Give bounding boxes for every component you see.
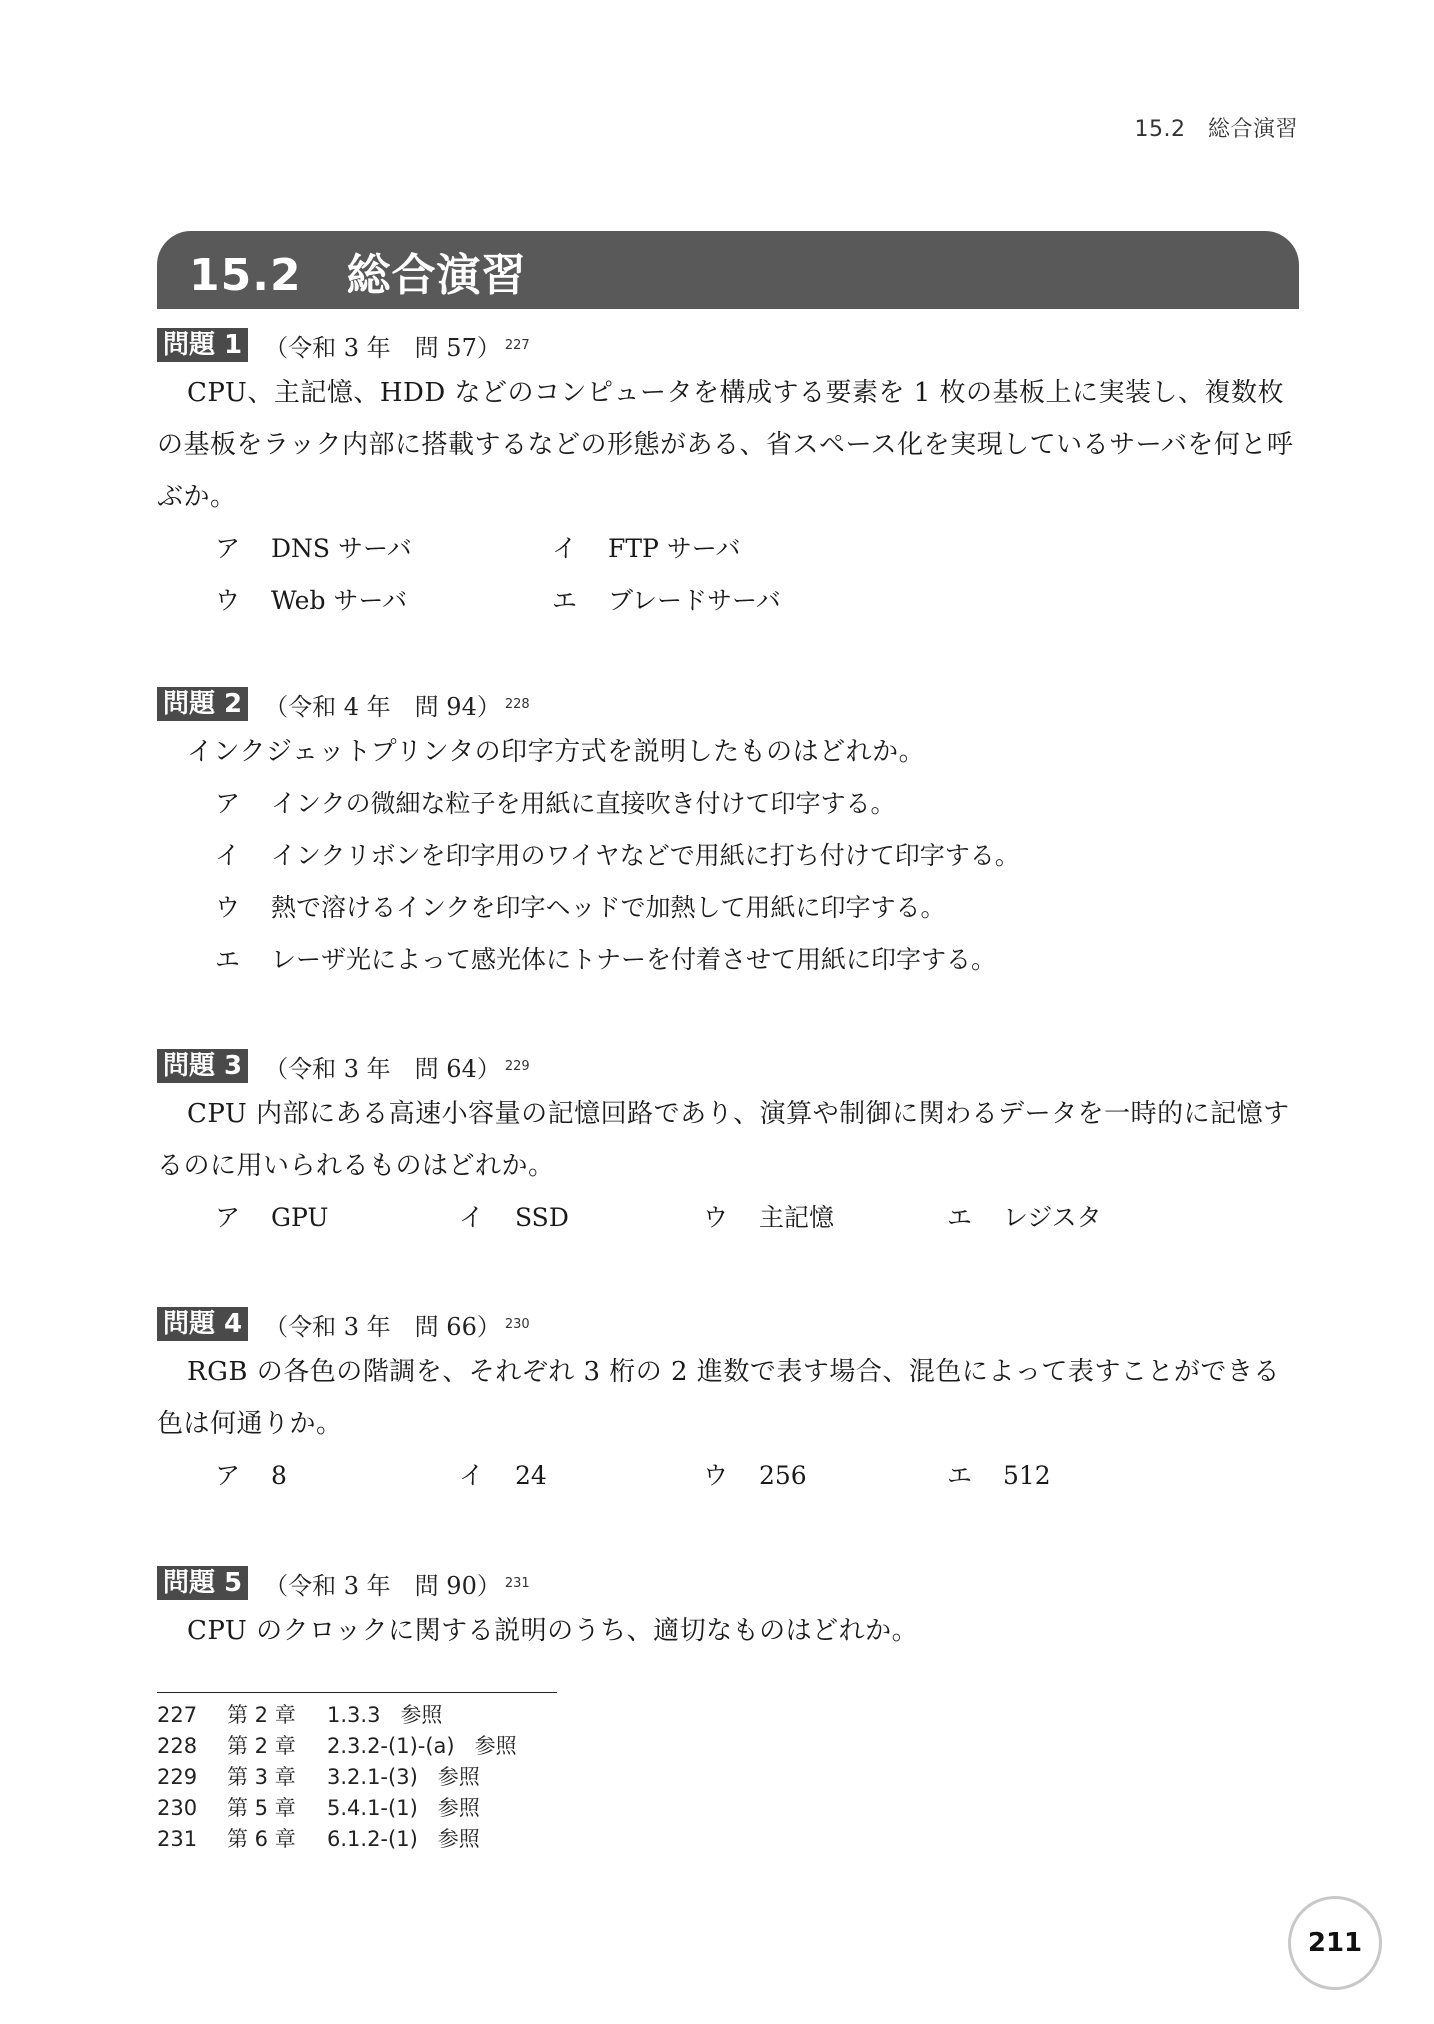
choice-u: ウ主記憶 (703, 1192, 947, 1244)
footnote-ref[interactable]: 231 (505, 1576, 530, 1591)
choice-a: アインクの微細な粒子を用紙に直接吹き付けて印字する。 (215, 778, 896, 830)
problem-5: 問題 5 （令和 3 年 問 90） 231 CPU のクロックに関する説明のう… (157, 1565, 1299, 1657)
footnote-item: 228第 2 章2.3.2-(1)-(a)参照 (157, 1731, 517, 1762)
problem-source: （令和 3 年 問 90） (264, 1566, 501, 1601)
footnote-ref[interactable]: 228 (505, 697, 530, 712)
section-title: 15.2 総合演習 (189, 239, 527, 303)
choice-i: イFTP サーバ (552, 523, 889, 575)
choice-e: エブレードサーバ (552, 575, 889, 627)
choice-a: アGPU (215, 1192, 459, 1244)
problem-stem: CPU、主記憶、HDD などのコンピュータを構成する要素を 1 枚の基板上に実装… (157, 367, 1299, 523)
problem-stem: RGB の各色の階調を、それぞれ 3 桁の 2 進数で表す場合、混色によって表す… (157, 1346, 1299, 1450)
choice-i: イ24 (459, 1450, 703, 1502)
problem-badge: 問題 2 (157, 687, 248, 721)
page-number: 211 (1288, 1896, 1382, 1990)
problem-source: （令和 4 年 問 94） (264, 687, 501, 722)
choice-list: アDNS サーバ イFTP サーバ ウWeb サーバ エブレードサーバ (157, 523, 1299, 627)
footnote-ref[interactable]: 227 (505, 338, 530, 353)
problem-source: （令和 3 年 問 66） (264, 1307, 501, 1342)
choice-a: アDNS サーバ (215, 523, 552, 575)
choice-e: エレジスタ (947, 1192, 1191, 1244)
footnotes: 227第 2 章1.3.3参照 228第 2 章2.3.2-(1)-(a)参照 … (157, 1700, 517, 1855)
footnote-item: 230第 5 章5.4.1-(1)参照 (157, 1793, 517, 1824)
problem-1: 問題 1 （令和 3 年 問 57） 227 CPU、主記憶、HDD などのコン… (157, 327, 1299, 627)
problem-header: 問題 3 （令和 3 年 問 64） 229 (157, 1048, 1299, 1084)
choice-i: イインクリボンを印字用のワイヤなどで用紙に打ち付けて印字する。 (215, 830, 1020, 882)
footnote-item: 229第 3 章3.2.1-(3)参照 (157, 1762, 517, 1793)
choice-u: ウWeb サーバ (215, 575, 552, 627)
problem-badge: 問題 5 (157, 1566, 248, 1600)
problem-stem: CPU のクロックに関する説明のうち、適切なものはどれか。 (157, 1605, 1299, 1657)
section-banner: 15.2 総合演習 (157, 231, 1299, 309)
footnote-item: 227第 2 章1.3.3参照 (157, 1700, 517, 1731)
problem-source: （令和 3 年 問 57） (264, 328, 501, 363)
choice-a: ア8 (215, 1450, 459, 1502)
running-head: 15.2 総合演習 (1135, 112, 1299, 143)
problem-3: 問題 3 （令和 3 年 問 64） 229 CPU 内部にある高速小容量の記憶… (157, 1048, 1299, 1244)
footnote-ref[interactable]: 229 (505, 1059, 530, 1074)
problem-stem: CPU 内部にある高速小容量の記憶回路であり、演算や制御に関わるデータを一時的に… (157, 1088, 1299, 1192)
problem-stem: インクジェットプリンタの印字方式を説明したものはどれか。 (157, 726, 1299, 778)
problem-badge: 問題 3 (157, 1049, 248, 1083)
choice-u: ウ熱で溶けるインクを印字ヘッドで加熱して用紙に印字する。 (215, 882, 946, 934)
problem-header: 問題 4 （令和 3 年 問 66） 230 (157, 1306, 1299, 1342)
footnote-ref[interactable]: 230 (505, 1317, 530, 1332)
choice-i: イSSD (459, 1192, 703, 1244)
problem-4: 問題 4 （令和 3 年 問 66） 230 RGB の各色の階調を、それぞれ … (157, 1306, 1299, 1502)
problem-header: 問題 2 （令和 4 年 問 94） 228 (157, 686, 1299, 722)
problem-2: 問題 2 （令和 4 年 問 94） 228 インクジェットプリンタの印字方式を… (157, 686, 1299, 986)
problem-source: （令和 3 年 問 64） (264, 1049, 501, 1084)
problem-header: 問題 5 （令和 3 年 問 90） 231 (157, 1565, 1299, 1601)
choice-list: アGPU イSSD ウ主記憶 エレジスタ (157, 1192, 1299, 1244)
choice-u: ウ256 (703, 1450, 947, 1502)
footnote-divider (157, 1692, 557, 1693)
footnote-item: 231第 6 章6.1.2-(1)参照 (157, 1824, 517, 1855)
choice-e: エ512 (947, 1450, 1191, 1502)
choice-list: アインクの微細な粒子を用紙に直接吹き付けて印字する。 イインクリボンを印字用のワ… (157, 778, 1299, 986)
choice-list: ア8 イ24 ウ256 エ512 (157, 1450, 1299, 1502)
problem-badge: 問題 4 (157, 1307, 248, 1341)
problem-badge: 問題 1 (157, 328, 248, 362)
choice-e: エレーザ光によって感光体にトナーを付着させて用紙に印字する。 (215, 934, 996, 986)
problem-header: 問題 1 （令和 3 年 問 57） 227 (157, 327, 1299, 363)
